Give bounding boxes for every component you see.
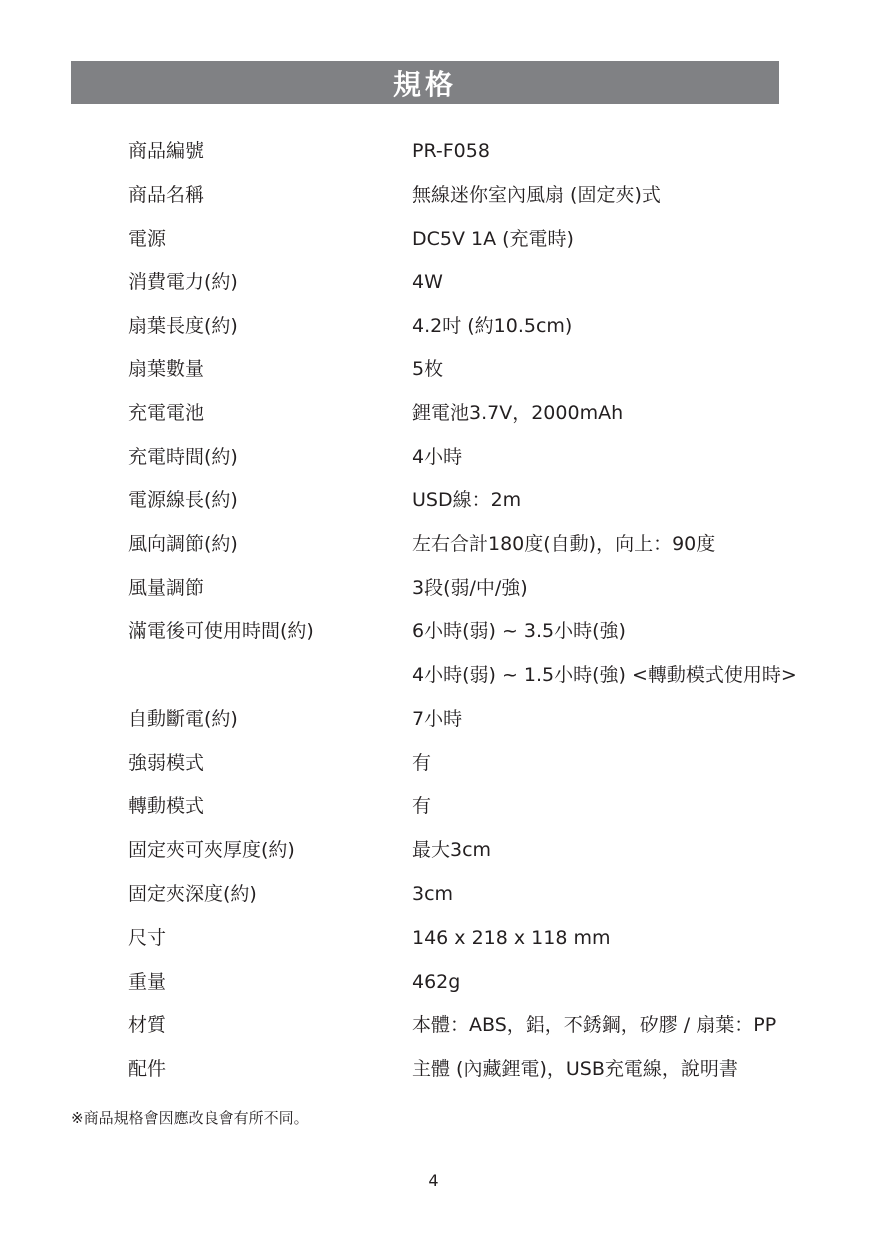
spec-row: 扇葉長度(約) 4.2吋 (約10.5cm): [0, 311, 877, 341]
spec-label: 風向調節(約): [128, 529, 238, 559]
spec-value: 462g: [412, 967, 460, 997]
spec-label: 扇葉數量: [128, 354, 204, 384]
spec-value: USD線：2m: [412, 485, 521, 515]
spec-value: 4小時(弱) ~ 1.5小時(強) <轉動模式使用時>: [412, 660, 797, 690]
spec-row: 滿電後可使用時間(約) 6小時(弱) ~ 3.5小時(強): [0, 616, 877, 646]
spec-value: 本體：ABS，鋁，不銹鋼，矽膠 / 扇葉：PP: [412, 1010, 776, 1040]
spec-row: 轉動模式 有: [0, 791, 877, 821]
spec-row: 扇葉數量 5枚: [0, 354, 877, 384]
spec-label: 電源線長(約): [128, 485, 238, 515]
spec-row: 消費電力(約) 4W: [0, 267, 877, 297]
spec-row: 電源線長(約) USD線：2m: [0, 485, 877, 515]
spec-row: 電源 DC5V 1A (充電時): [0, 224, 877, 254]
spec-value: 有: [412, 791, 431, 821]
spec-value: 3cm: [412, 879, 453, 909]
spec-label: 商品編號: [128, 136, 204, 166]
spec-row: 配件 主體 (內藏鋰電)，USB充電線，說明書: [0, 1054, 877, 1084]
spec-value: 7小時: [412, 704, 462, 734]
spec-value: 有: [412, 748, 431, 778]
spec-label: 充電電池: [128, 398, 204, 428]
spec-row: 充電時間(約) 4小時: [0, 442, 877, 472]
spec-row: 固定夾可夾厚度(約) 最大3cm: [0, 835, 877, 865]
spec-label: 強弱模式: [128, 748, 204, 778]
spec-value: 主體 (內藏鋰電)，USB充電線，說明書: [412, 1054, 738, 1084]
spec-label: 配件: [128, 1054, 166, 1084]
spec-value: 鋰電池3.7V，2000mAh: [412, 398, 623, 428]
spec-value: 左右合計180度(自動)，向上：90度: [412, 529, 715, 559]
spec-value: PR-F058: [412, 136, 490, 166]
spec-row: 強弱模式 有: [0, 748, 877, 778]
spec-value: 3段(弱/中/強): [412, 573, 528, 603]
spec-value: 6小時(弱) ~ 3.5小時(強): [412, 616, 626, 646]
spec-label: 消費電力(約): [128, 267, 238, 297]
spec-row-continuation: 4小時(弱) ~ 1.5小時(強) <轉動模式使用時>: [0, 660, 877, 690]
spec-row: 充電電池 鋰電池3.7V，2000mAh: [0, 398, 877, 428]
spec-label: 商品名稱: [128, 180, 204, 210]
spec-row: 重量 462g: [0, 967, 877, 997]
spec-value: 4小時: [412, 442, 462, 472]
footnote: ※商品規格會因應改良會有所不同。: [71, 1108, 309, 1128]
spec-value: 4W: [412, 267, 443, 297]
page-number: 4: [0, 1171, 867, 1191]
spec-row: 風向調節(約) 左右合計180度(自動)，向上：90度: [0, 529, 877, 559]
spec-row: 固定夾深度(約) 3cm: [0, 879, 877, 909]
spec-label: 固定夾深度(約): [128, 879, 257, 909]
spec-label: 重量: [128, 967, 166, 997]
spec-label: 電源: [128, 224, 166, 254]
spec-label: 材質: [128, 1010, 166, 1040]
spec-value: 5枚: [412, 354, 443, 384]
spec-row: 尺寸 146 x 218 x 118 mm: [0, 923, 877, 953]
spec-row: 風量調節 3段(弱/中/強): [0, 573, 877, 603]
spec-label: 固定夾可夾厚度(約): [128, 835, 295, 865]
spec-label: 尺寸: [128, 923, 166, 953]
section-title-bar: 規格: [71, 61, 779, 104]
spec-row: 自動斷電(約) 7小時: [0, 704, 877, 734]
spec-value: 146 x 218 x 118 mm: [412, 923, 611, 953]
spec-value: 最大3cm: [412, 835, 491, 865]
spec-label: 扇葉長度(約): [128, 311, 238, 341]
spec-value: 無線迷你室內風扇 (固定夾)式: [412, 180, 661, 210]
spec-row: 商品編號 PR-F058: [0, 136, 877, 166]
spec-value: 4.2吋 (約10.5cm): [412, 311, 572, 341]
spec-row: 商品名稱 無線迷你室內風扇 (固定夾)式: [0, 180, 877, 210]
spec-row: 材質 本體：ABS，鋁，不銹鋼，矽膠 / 扇葉：PP: [0, 1010, 877, 1040]
spec-label: 滿電後可使用時間(約): [128, 616, 314, 646]
spec-value: DC5V 1A (充電時): [412, 224, 574, 254]
spec-label: 轉動模式: [128, 791, 204, 821]
spec-label: 風量調節: [128, 573, 204, 603]
spec-label: 充電時間(約): [128, 442, 238, 472]
section-title: 規格: [393, 63, 457, 103]
spec-label: 自動斷電(約): [128, 704, 238, 734]
